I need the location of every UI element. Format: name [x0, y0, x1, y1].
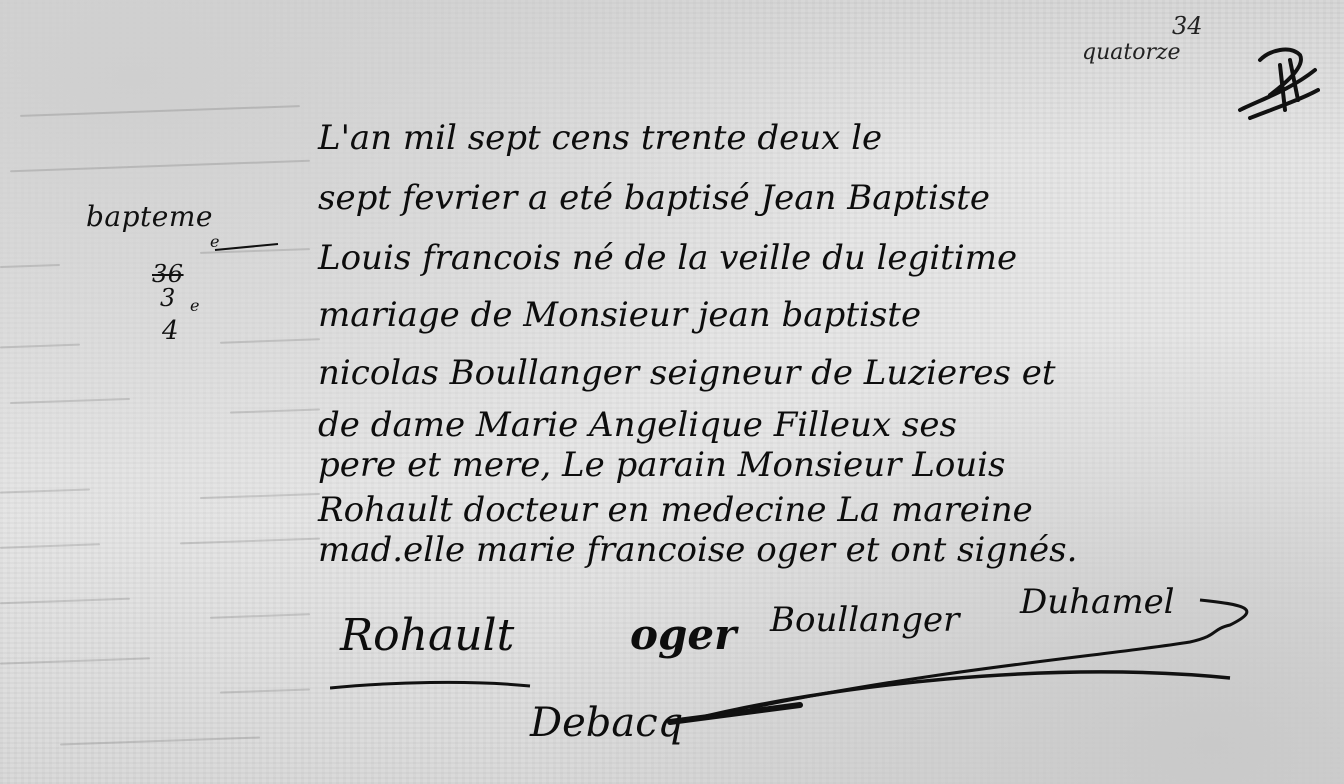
margin-heading: bapteme — [86, 200, 213, 233]
bleed-through-text — [0, 0, 330, 784]
margin-entry-number-final: 4 — [162, 316, 179, 346]
paraph-flourish-icon — [1230, 40, 1320, 130]
record-line-3: Louis francois né de la veille du legiti… — [318, 238, 1017, 278]
record-line-1: L'an mil sept cens trente deux le — [318, 118, 882, 158]
record-line-7: pere et mere, Le parain Monsieur Louis — [318, 445, 1006, 485]
record-line-5: nicolas Boullanger seigneur de Luzieres … — [318, 353, 1056, 393]
document-page: 34 quatorze bapteme e 36 3 e 4 L'an mil … — [0, 0, 1344, 784]
margin-entry-number-suffix: e — [190, 296, 200, 315]
signatures-block: Rohault oger Boullanger Duhamel Debacq — [330, 570, 1290, 770]
folio-number: 34 — [1172, 12, 1203, 40]
record-line-9: mad.elle marie francoise oger et ont sig… — [318, 530, 1077, 570]
margin-entry-number-corrected: 3 — [160, 284, 176, 312]
record-line-4: mariage de Monsieur jean baptiste — [318, 295, 921, 335]
record-line-8: Rohault docteur en medecine La mareine — [318, 490, 1033, 530]
folio-word: quatorze — [1082, 40, 1181, 65]
record-line-2: sept fevrier a eté baptisé Jean Baptiste — [318, 178, 990, 218]
record-line-6: de dame Marie Angelique Filleux ses — [318, 405, 957, 445]
signature-flourish-icon — [330, 570, 1290, 770]
